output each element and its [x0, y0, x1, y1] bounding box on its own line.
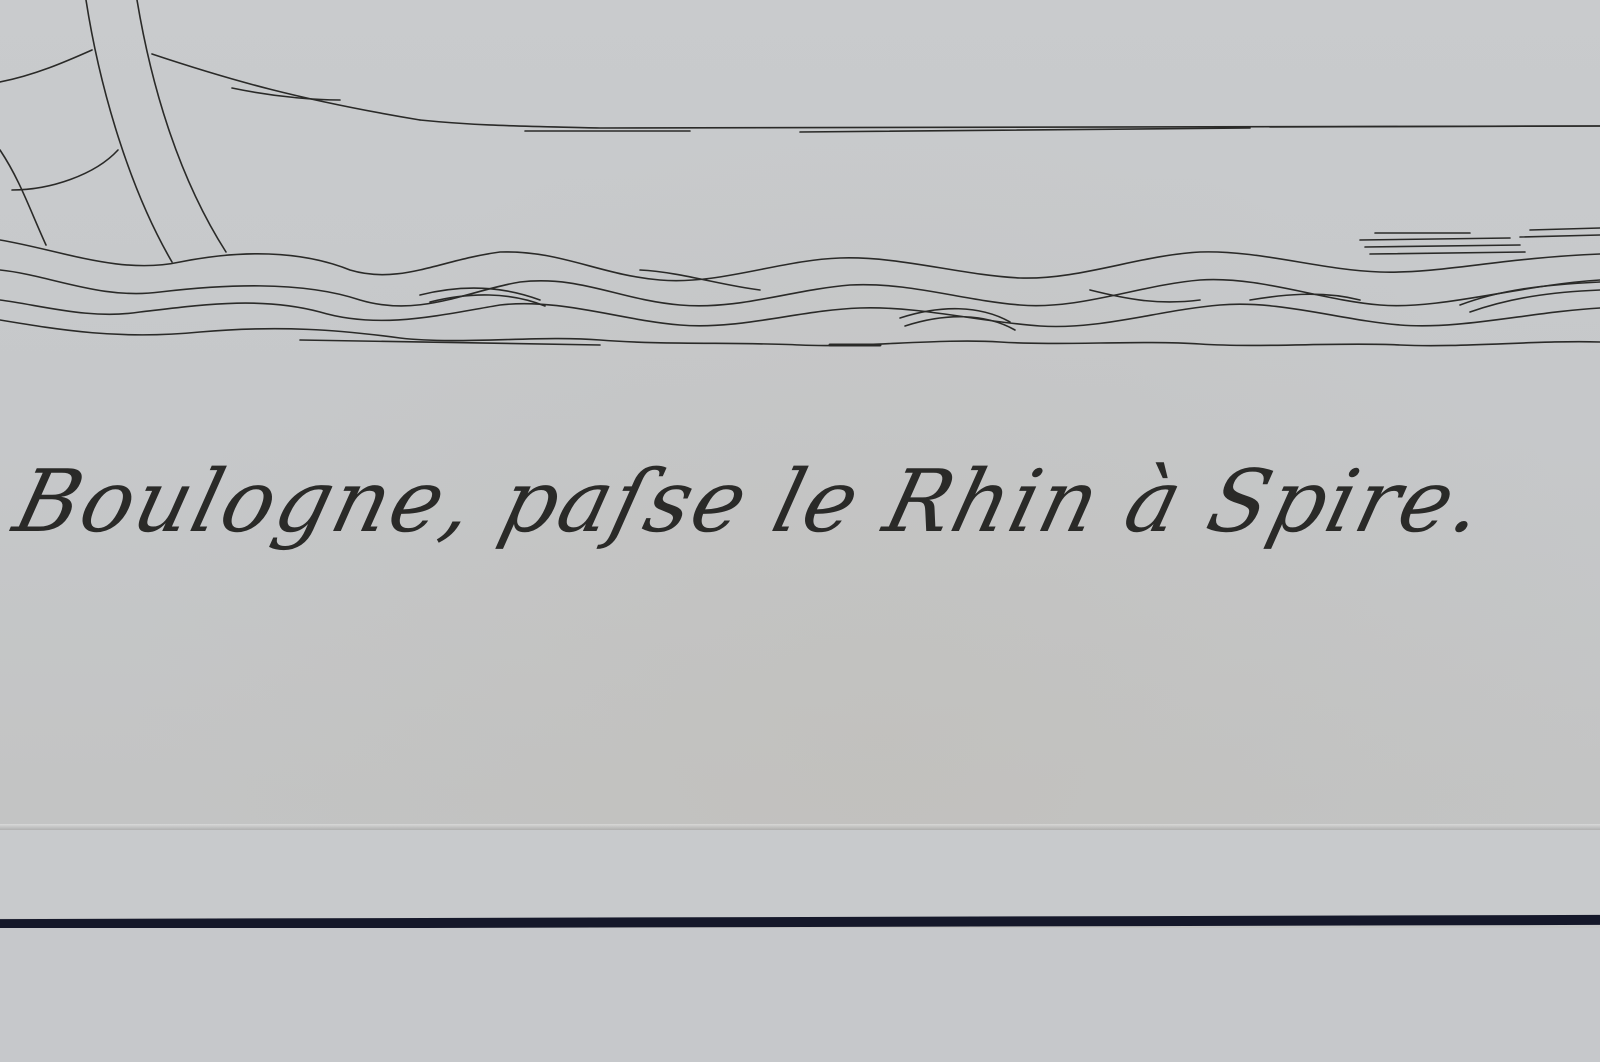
mast-right	[137, 0, 226, 252]
mast-left	[86, 0, 172, 262]
engraving-illustration	[0, 0, 1600, 380]
engraving-print: Boulogne, paſse le Rhin à Spire.	[0, 0, 1600, 1062]
mount-board	[0, 928, 1600, 1062]
plate-margin	[0, 830, 1600, 918]
engraving-caption: Boulogne, paſse le Rhin à Spire.	[5, 452, 1590, 552]
